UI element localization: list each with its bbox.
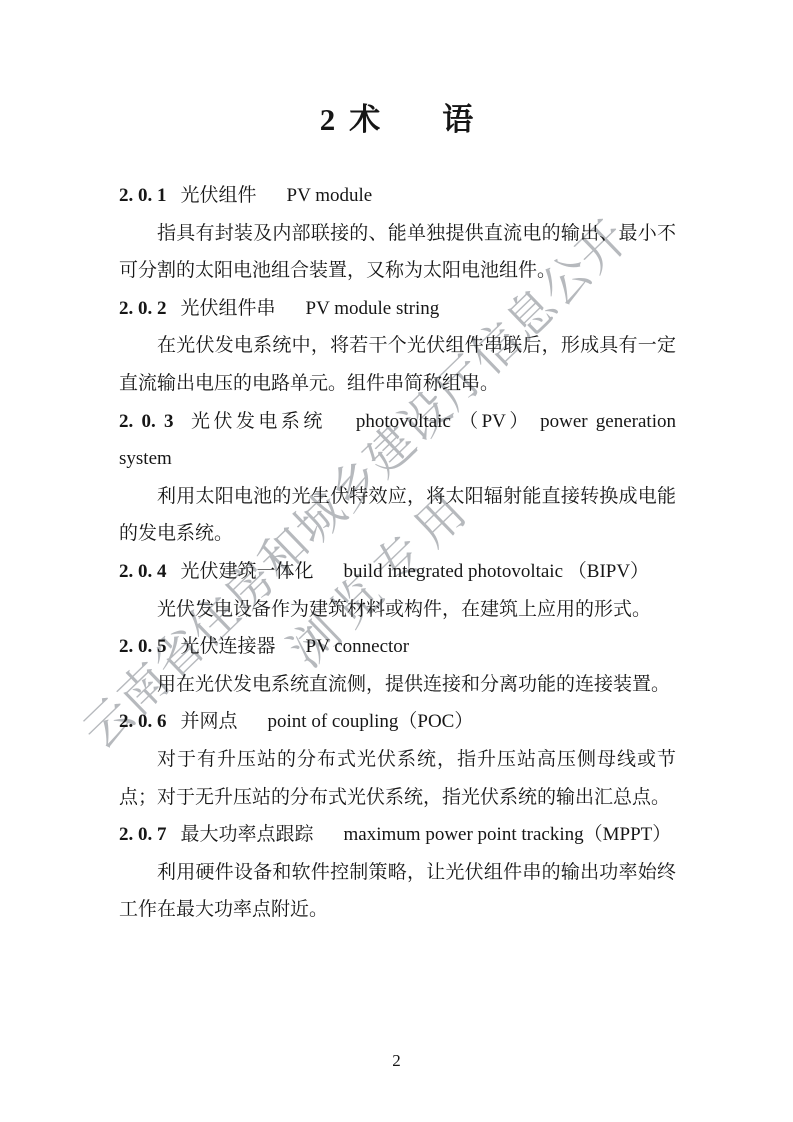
term-number: 2. 0. 5 bbox=[119, 636, 167, 657]
term-definition: 利用硬件设备和软件控制策略，让光伏组件串的输出功率始终工作在最大功率点附近。 bbox=[119, 854, 676, 929]
term-chinese: 光伏建筑一体化 bbox=[181, 561, 314, 582]
term-number: 2. 0. 4 bbox=[119, 561, 167, 582]
term-heading: 2. 0. 5光伏连接器PV connector bbox=[119, 628, 676, 666]
term-english: maximum power point tracking（MPPT） bbox=[344, 824, 672, 845]
term-number: 2. 0. 2 bbox=[119, 298, 167, 319]
term-definition: 指具有封装及内部联接的、能单独提供直流电的输出、最小不可分割的太阳电池组合装置，… bbox=[119, 215, 676, 290]
page-title: 2术 语 bbox=[0, 94, 793, 139]
term-definition: 在光伏发电系统中，将若干个光伏组件串联后，形成具有一定直流输出电压的电路单元。组… bbox=[119, 327, 676, 402]
chapter-number: 2 bbox=[320, 102, 336, 137]
term-definition: 利用太阳电池的光生伏特效应，将太阳辐射能直接转换成电能的发电系统。 bbox=[119, 478, 676, 553]
term-definition: 光伏发电设备作为建筑材料或构件，在建筑上应用的形式。 bbox=[119, 591, 676, 629]
term-chinese: 最大功率点跟踪 bbox=[181, 824, 314, 845]
term-heading: 2. 0. 2光伏组件串PV module string bbox=[119, 290, 676, 328]
term-entry: 2. 0. 7最大功率点跟踪maximum power point tracki… bbox=[119, 816, 676, 929]
term-entry: 2. 0. 6并网点point of coupling（POC） 对于有升压站的… bbox=[119, 703, 676, 816]
term-definition: 用在光伏发电系统直流侧，提供连接和分离功能的连接装置。 bbox=[119, 666, 676, 704]
term-heading: 2. 0. 6并网点point of coupling（POC） bbox=[119, 703, 676, 741]
term-number: 2. 0. 6 bbox=[119, 711, 167, 732]
term-english: PV connector bbox=[306, 636, 410, 657]
term-number: 2. 0. 7 bbox=[119, 824, 167, 845]
term-chinese: 并网点 bbox=[181, 711, 238, 732]
term-number: 2. 0. 1 bbox=[119, 185, 167, 206]
term-english: build integrated photovoltaic （BIPV） bbox=[344, 561, 650, 582]
term-english: PV module string bbox=[306, 298, 440, 319]
term-entry: 2. 0. 2光伏组件串PV module string 在光伏发电系统中，将若… bbox=[119, 290, 676, 403]
term-chinese: 光伏发电系统 bbox=[187, 411, 325, 432]
term-heading: 2. 0. 1光伏组件PV module bbox=[119, 177, 676, 215]
document-page: 云南省住房和城乡建设厅信息公开 浏览专用 2术 语 2. 0. 1光伏组件PV … bbox=[0, 0, 793, 1122]
term-chinese: 光伏组件 bbox=[181, 185, 257, 206]
term-entry: 2. 0. 3光伏发电系统photovoltaic （PV） power gen… bbox=[119, 403, 676, 553]
term-entry: 2. 0. 5光伏连接器PV connector 用在光伏发电系统直流侧，提供连… bbox=[119, 628, 676, 703]
term-heading: 2. 0. 4光伏建筑一体化build integrated photovolt… bbox=[119, 553, 676, 591]
term-number: 2. 0. 3 bbox=[119, 411, 173, 432]
term-chinese: 光伏组件串 bbox=[181, 298, 276, 319]
term-english: point of coupling（POC） bbox=[268, 711, 474, 732]
term-chinese: 光伏连接器 bbox=[181, 636, 276, 657]
terms-list: 2. 0. 1光伏组件PV module 指具有封装及内部联接的、能单独提供直流… bbox=[119, 177, 676, 929]
chapter-title-text: 术 语 bbox=[349, 102, 473, 137]
term-english: PV module bbox=[287, 185, 373, 206]
term-definition: 对于有升压站的分布式光伏系统，指升压站高压侧母线或节点；对于无升压站的分布式光伏… bbox=[119, 741, 676, 816]
term-heading: 2. 0. 7最大功率点跟踪maximum power point tracki… bbox=[119, 816, 676, 854]
term-entry: 2. 0. 1光伏组件PV module 指具有封装及内部联接的、能单独提供直流… bbox=[119, 177, 676, 290]
term-entry: 2. 0. 4光伏建筑一体化build integrated photovolt… bbox=[119, 553, 676, 628]
page-number: 2 bbox=[0, 1051, 793, 1071]
term-heading: 2. 0. 3光伏发电系统photovoltaic （PV） power gen… bbox=[119, 403, 676, 478]
